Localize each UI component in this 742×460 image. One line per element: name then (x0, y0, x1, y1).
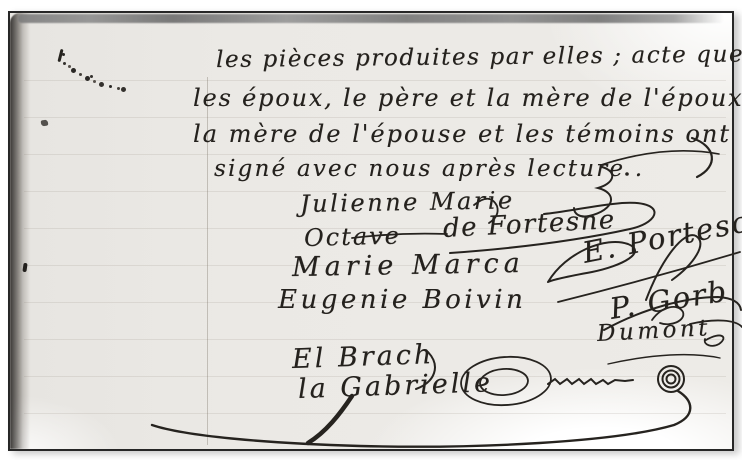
period-dot (625, 172, 629, 176)
fortesne-underline-flourish (450, 203, 655, 253)
dumont-arc-flourish (608, 355, 720, 364)
ont-descender-flourish (692, 138, 712, 177)
ont-arc-flourish (601, 151, 719, 165)
document-scan: les pièces produites par elles ; acte qu… (0, 0, 742, 460)
octave-dash-flourish (352, 234, 447, 238)
gorb-edge-flourish (690, 320, 742, 327)
coil-core-flourish (667, 375, 676, 384)
bottom-sweep-flourish (152, 391, 690, 447)
spiral-flourish (459, 354, 552, 408)
gabrielle-start-stroke (308, 396, 352, 443)
marie-tail-flourish (474, 199, 498, 223)
gorb-tail-flourish (604, 297, 741, 330)
dumont-curl-flourish (705, 335, 724, 345)
gorb-loop-flourish (652, 307, 683, 324)
coil-mid-flourish (663, 371, 680, 388)
zigzag-flourish (548, 379, 633, 384)
spiral-inner-flourish (479, 367, 529, 396)
portesc-loops-flourish (548, 242, 635, 282)
flourish-overlay (0, 0, 742, 460)
elbrach-tail-flourish (416, 352, 435, 389)
portesc-upstroke-flourish (646, 235, 700, 300)
